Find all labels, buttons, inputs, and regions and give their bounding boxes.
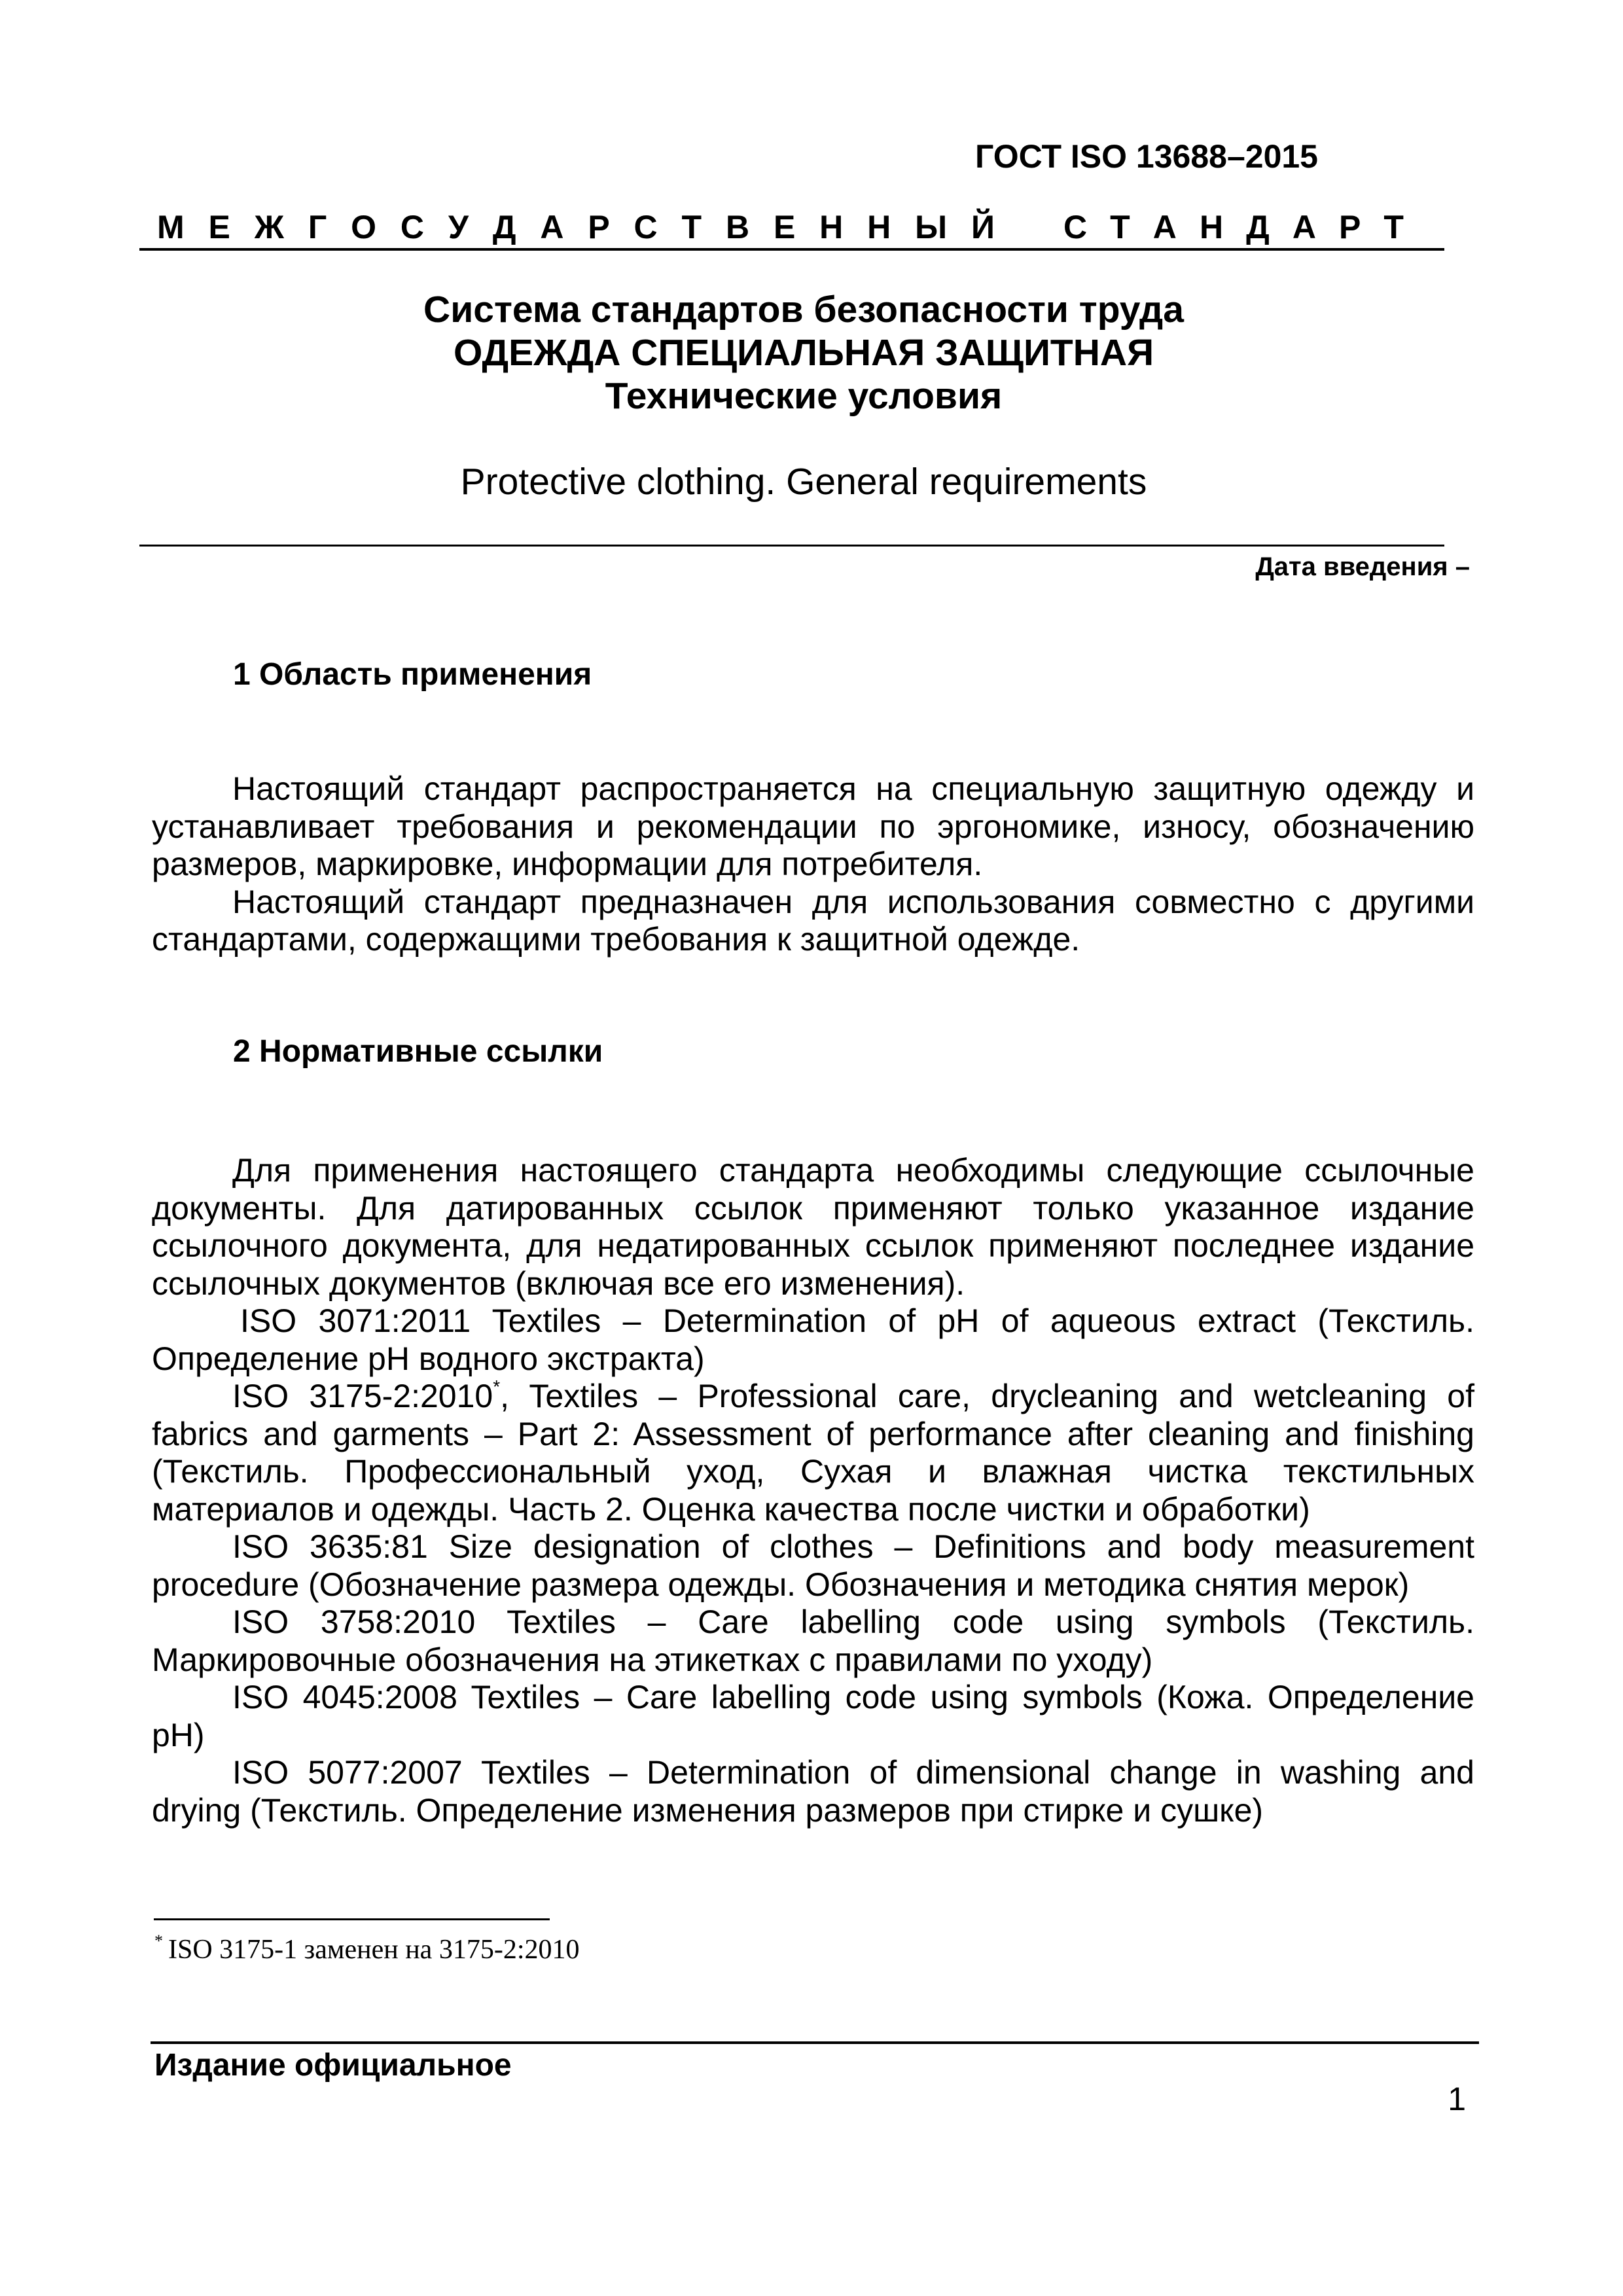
letter: Т (1383, 211, 1404, 243)
title-line-product: ОДЕЖДА СПЕЦИАЛЬНАЯ ЗАЩИТНАЯ (0, 331, 1607, 374)
letter: А (1153, 211, 1177, 243)
text-line: Настоящий стандарт предназначен для испо… (152, 884, 1474, 922)
letter: Г (308, 211, 327, 243)
standard-type-word1: М Е Ж Г О С У Д А Р С Т В Е Н Н Ы Й (157, 211, 995, 243)
footnote-marker: * (154, 1931, 163, 1950)
reference-title: , Textiles – Professional care, dryclean… (500, 1378, 1474, 1414)
text-line: Определение pH водного экстракта) (152, 1340, 1474, 1378)
text-line: fabrics and garments – Part 2: Assessmen… (152, 1416, 1474, 1454)
letter: Н (1200, 211, 1223, 243)
letter: С (401, 211, 424, 243)
standard-type-word2: С Т А Н Д А Р Т (1063, 211, 1404, 243)
header-divider (139, 248, 1444, 251)
section-1-heading: 1 Область применения (233, 659, 592, 691)
text-line: ссылочных документов (включая все его из… (152, 1265, 1474, 1303)
reference-iso-3758: ISO 3758:2010 Textiles – Care labelling … (152, 1604, 1474, 1641)
footer-divider (151, 2041, 1479, 2044)
introduction-date: Дата введения – (1047, 554, 1470, 580)
section-2-body: Для применения настоящего стандарта необ… (152, 1152, 1474, 1829)
title-line-system: Система стандартов безопасности труда (0, 288, 1607, 331)
text-line: pH) (152, 1717, 1474, 1755)
letter: Е (774, 211, 795, 243)
reference-iso-4045: ISO 4045:2008 Textiles – Care labelling … (152, 1679, 1474, 1717)
reference-iso-5077: ISO 5077:2007 Textiles – Determination o… (152, 1754, 1474, 1792)
text-line: Маркировочные обозначения на этикетках с… (152, 1641, 1474, 1679)
letter: А (540, 211, 563, 243)
text-line: ссылочного документа, для недатированных… (152, 1227, 1474, 1265)
letter: Й (971, 211, 995, 243)
section-2-heading: 2 Нормативные ссылки (233, 1036, 603, 1067)
letter: В (726, 211, 749, 243)
letter: Р (588, 211, 609, 243)
reference-iso-3635: ISO 3635:81 Size designation of clothes … (152, 1528, 1474, 1566)
text-line: размеров, маркировке, информации для пот… (152, 846, 1474, 884)
letter: О (351, 211, 376, 243)
reference-iso-3071: ISO 3071:2011 Textiles – Determination o… (152, 1302, 1474, 1340)
reference-code: ISO 3175-2:2010 (232, 1378, 493, 1414)
letter: Т (1110, 211, 1130, 243)
letter: Ы (915, 211, 947, 243)
title-line-spec: Технические условия (0, 374, 1607, 418)
title-divider (139, 545, 1444, 547)
standard-type-title: М Е Ж Г О С У Д А Р С Т В Е Н Н Ы Й С Т … (157, 211, 1404, 243)
text-line: (Текстиль. Профессиональный уход, Сухая … (152, 1453, 1474, 1491)
reference-iso-3175: ISO 3175-2:2010*, Textiles – Professiona… (152, 1378, 1474, 1416)
text-line: материалов и одежды. Часть 2. Оценка кач… (152, 1491, 1474, 1529)
letter: У (448, 211, 469, 243)
text-line: устанавливает требования и рекомендации … (152, 808, 1474, 846)
letter: Е (209, 211, 230, 243)
letter: С (1063, 211, 1087, 243)
official-edition-label: Издание официальное (154, 2050, 512, 2081)
footnote-marker: * (493, 1376, 500, 1397)
section-1-body: Настоящий стандарт распространяется на с… (152, 770, 1474, 959)
letter: Ж (255, 211, 284, 243)
letter: С (634, 211, 658, 243)
document-code-text: ГОСТ ISO 13688–2015 (975, 140, 1318, 173)
english-title: Protective clothing. General requirement… (0, 463, 1607, 501)
letter: М (157, 211, 185, 243)
page-number: 1 (1374, 2083, 1466, 2115)
letter: Н (819, 211, 843, 243)
footnote: *ISO 3175-1 заменен на 3175-2:2010 (154, 1936, 579, 1964)
text-line: документы. Для датированных ссылок приме… (152, 1190, 1474, 1228)
footnote-divider (154, 1918, 550, 1920)
letter: Т (682, 211, 702, 243)
letter: Н (867, 211, 891, 243)
text-line: procedure (Обозначение размера одежды. О… (152, 1566, 1474, 1604)
letter: Р (1339, 211, 1361, 243)
text-line: drying (Текстиль. Определение изменения … (152, 1792, 1474, 1830)
document-title: Система стандартов безопасности труда ОД… (0, 288, 1607, 418)
text-line: стандартами, содержащими требования к за… (152, 921, 1474, 959)
letter: Д (1246, 211, 1270, 243)
text-line: Для применения настоящего стандарта необ… (152, 1152, 1474, 1190)
text-line: Настоящий стандарт распространяется на с… (152, 770, 1474, 808)
footnote-text: ISO 3175-1 заменен на 3175-2:2010 (163, 1935, 579, 1965)
letter: Д (493, 211, 516, 243)
letter: А (1293, 211, 1316, 243)
